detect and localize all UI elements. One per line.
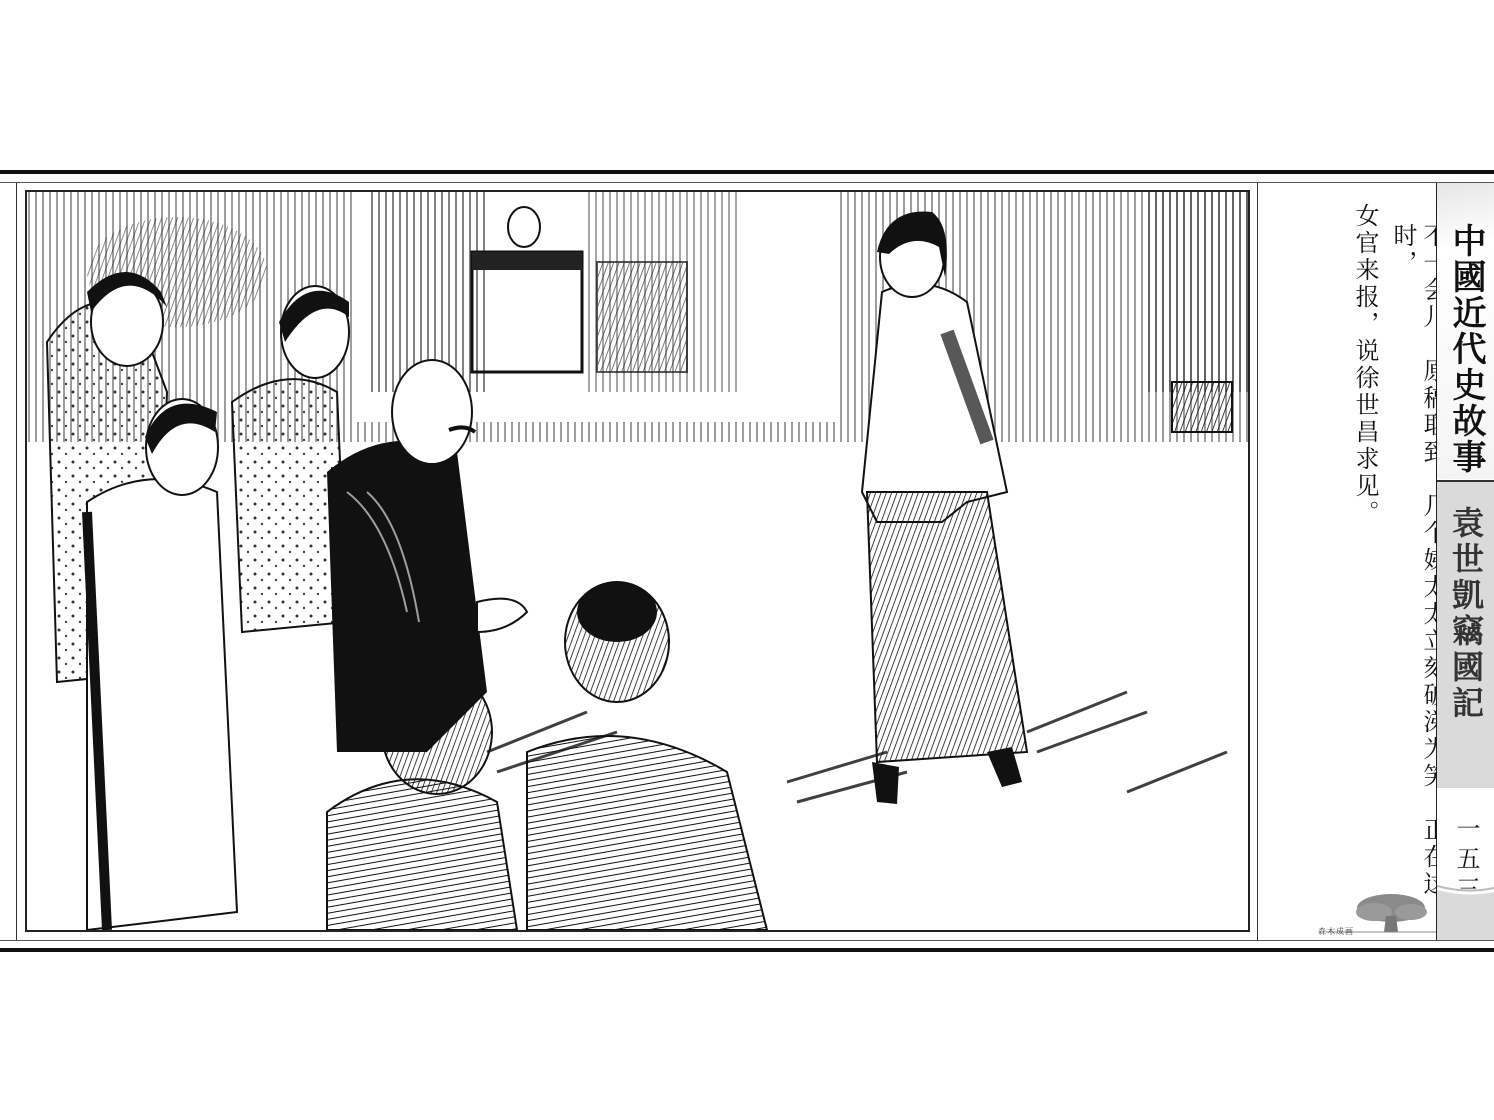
caption-panel: 不一会儿，原稿取到。几个姨太太立刻破涕为笑，正在这时， 女官来报，说徐世昌求见。 — [1258, 183, 1436, 940]
illustration-panel — [25, 190, 1250, 932]
book-title: 袁世凱竊國記 — [1437, 506, 1494, 722]
ink-illustration — [27, 192, 1248, 930]
series-title: 中國近代史故事 — [1437, 223, 1494, 475]
artist-signature: 森木成画 — [1318, 926, 1354, 937]
caption-column-2: 女官来报，说徐世昌求见。 — [1350, 203, 1380, 623]
left-frame-line — [16, 183, 17, 940]
series-title-block: 中國近代史故事 — [1437, 183, 1494, 479]
bottom-thick-rule — [0, 948, 1494, 952]
bottom-thin-rule — [0, 940, 1494, 941]
page-number-block: 一五三 — [1437, 788, 1494, 940]
decorative-swoosh-icon — [1437, 880, 1494, 940]
top-thick-rule — [0, 170, 1494, 174]
page-spine: 中國近代史故事 袁世凱竊國記 一五三 — [1437, 183, 1494, 940]
book-title-block: 袁世凱竊國記 — [1437, 480, 1494, 790]
